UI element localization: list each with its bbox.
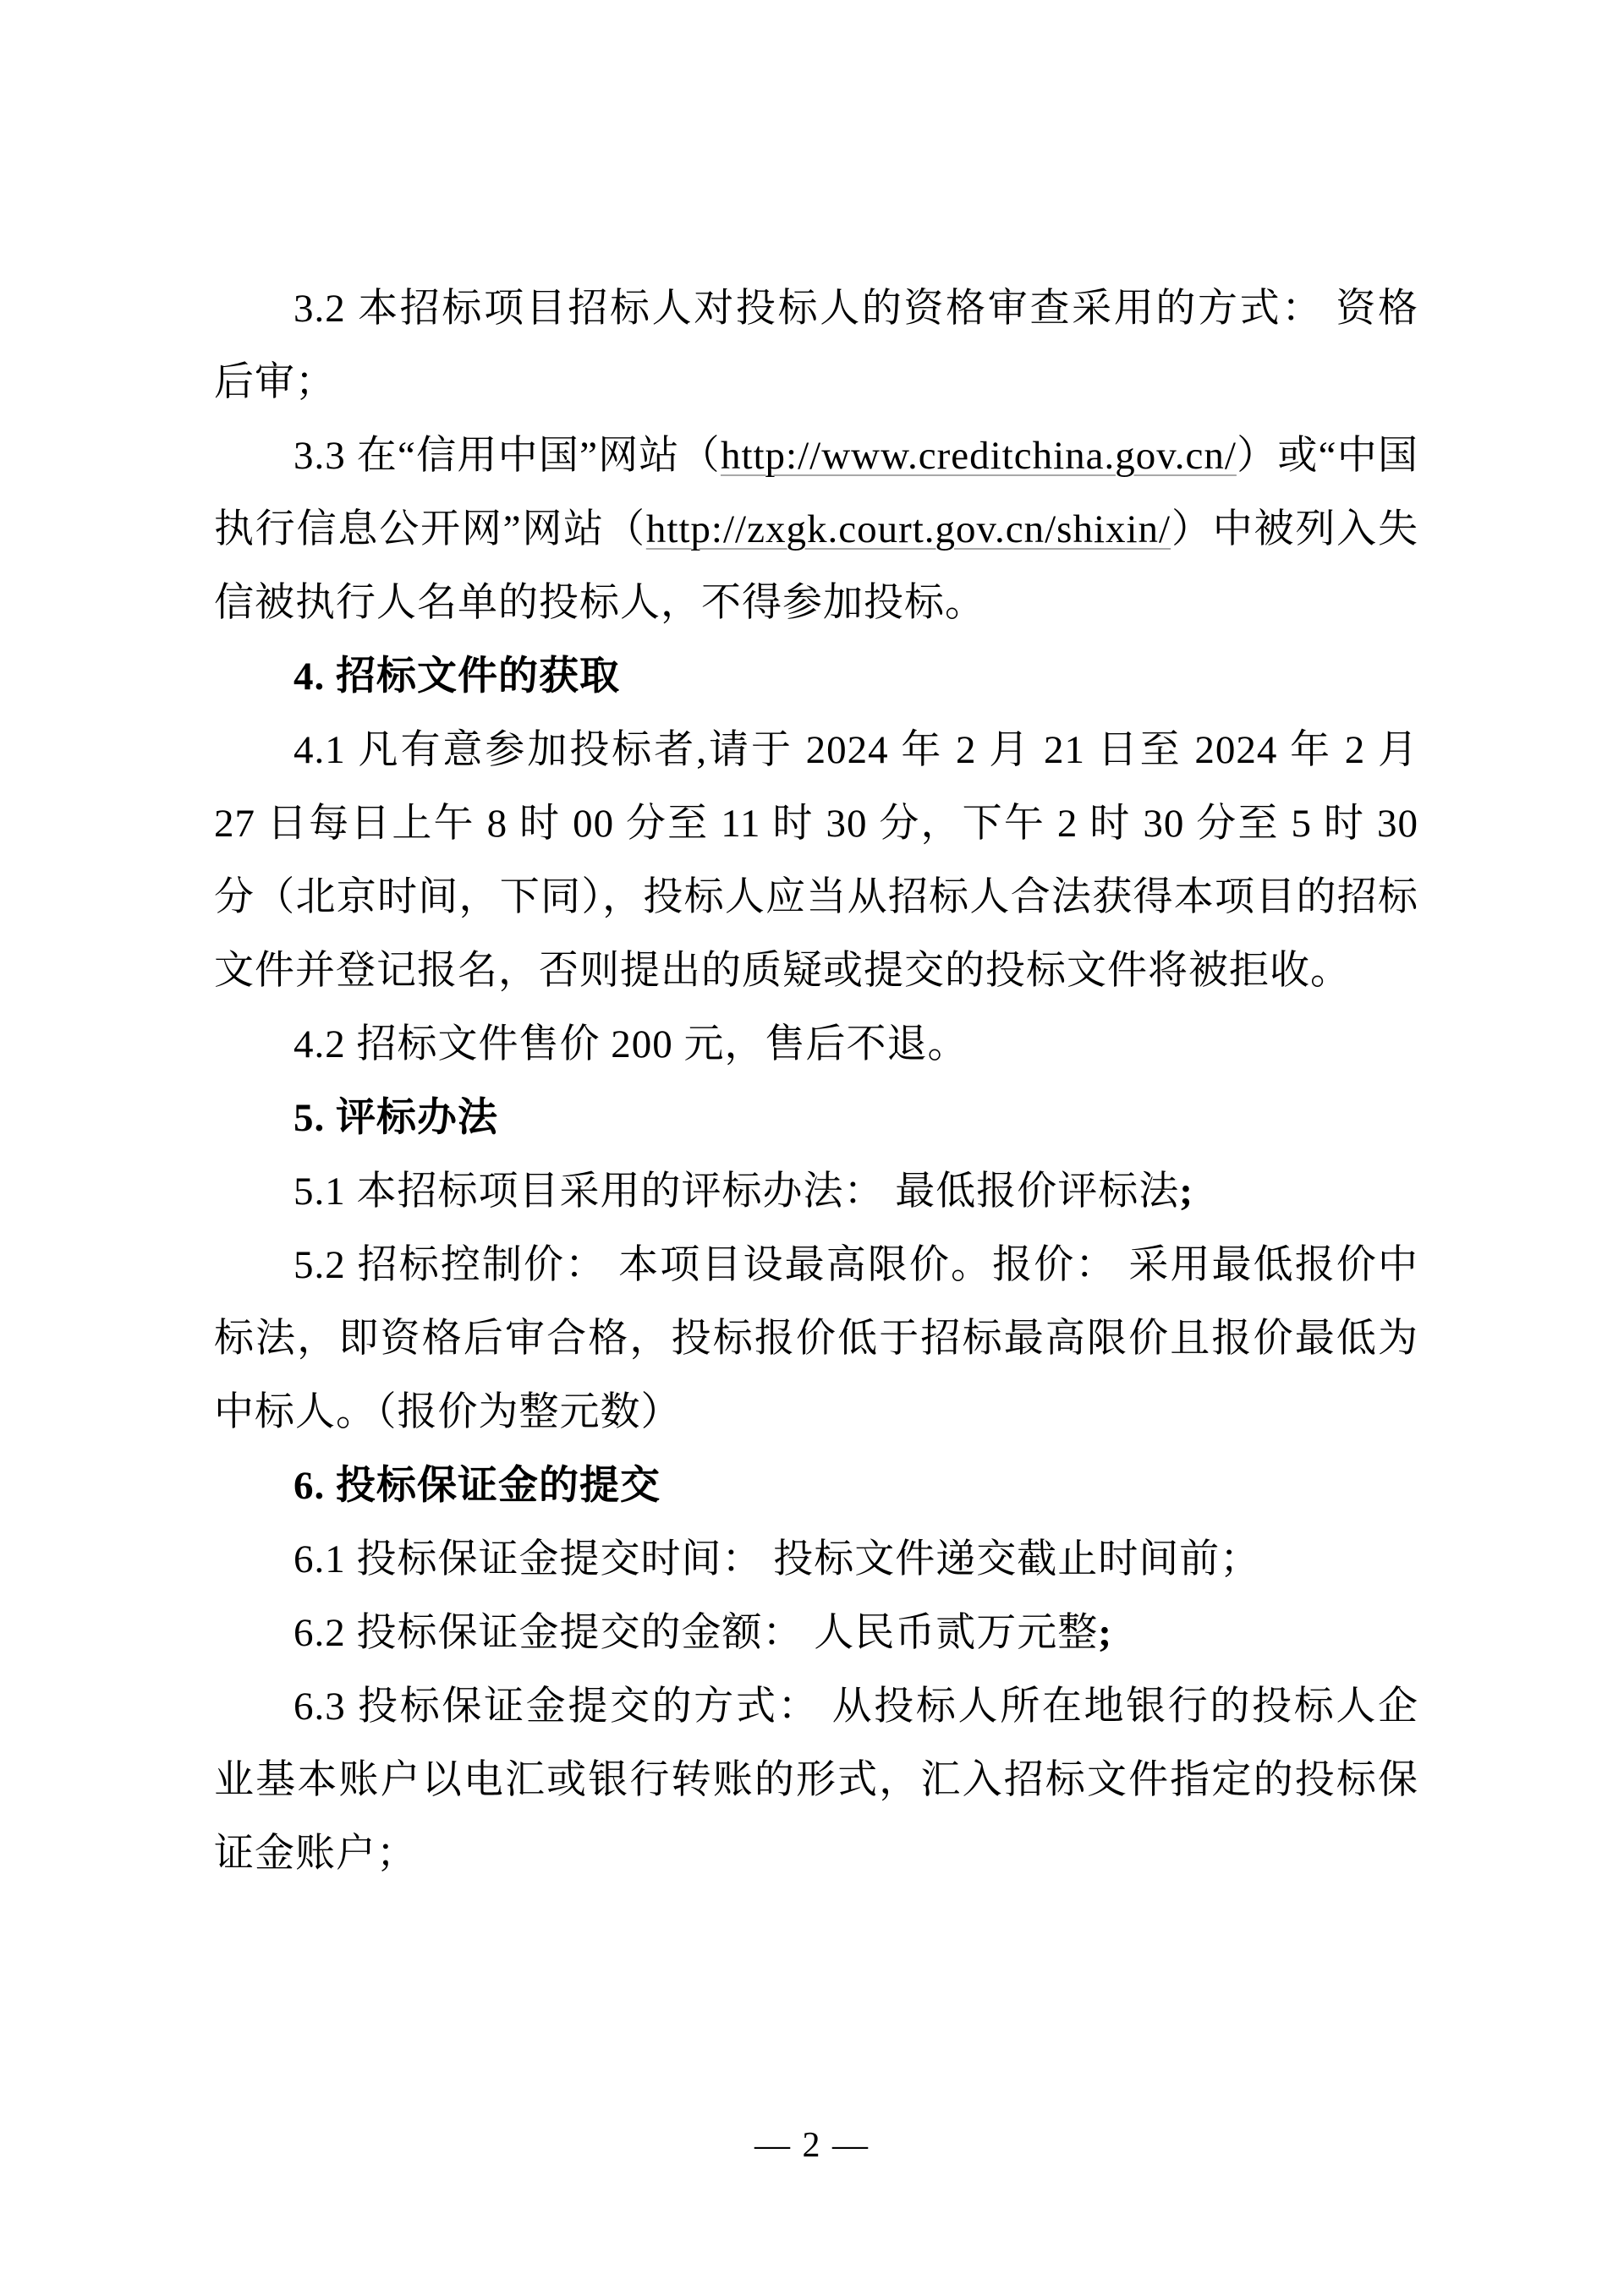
page-footer: — 2 —	[0, 2124, 1624, 2167]
paragraph-6-3: 6.3 投标保证金提交的方式： 从投标人所在地银行的投标人企业基本账户以电汇或银…	[214, 1670, 1418, 1891]
paragraph-6-1: 6.1 投标保证金提交时间： 投标文件递交截止时间前；	[214, 1523, 1418, 1597]
heading-6: 6. 投标保证金的提交	[214, 1449, 1418, 1523]
text-run: 3.2 本招标项目招标人对投标人的资格审查采用的方式： 资格后审；	[214, 287, 1418, 404]
paragraph-4-2: 4.2 招标文件售价 200 元，售后不退。	[214, 1008, 1418, 1082]
bold-text-run: ;	[1098, 1611, 1112, 1655]
text-run: 4.1 凡有意参加投标者,请于 2024 年 2 月 21 日至 2024 年 …	[214, 728, 1418, 993]
hyperlink[interactable]: http://zxgk.court.gov.cn/shixin/	[646, 507, 1171, 551]
paragraph-6-2: 6.2 投标保证金提交的金额： 人民币贰万元整;	[214, 1597, 1418, 1670]
text-run: 6.3 投标保证金提交的方式： 从投标人所在地银行的投标人企业基本账户以电汇或银…	[214, 1685, 1418, 1876]
text-run: 3.3 在“信用中国”网站（	[294, 434, 721, 478]
text-run: 5.2 招标控制价： 本项目设最高限价。报价： 采用最低报价中标法，即资格后审合…	[214, 1243, 1418, 1434]
paragraph-3-2: 3.2 本招标项目招标人对投标人的资格审查采用的方式： 资格后审；	[214, 272, 1418, 419]
page-number: — 2 —	[754, 2126, 870, 2165]
text-run: 4. 招标文件的获取	[294, 655, 620, 699]
heading-4: 4. 招标文件的获取	[214, 640, 1418, 714]
document-body: 3.2 本招标项目招标人对投标人的资格审查采用的方式： 资格后审；3.3 在“信…	[214, 272, 1418, 1891]
hyperlink[interactable]: http://www.creditchina.gov.cn/	[721, 434, 1237, 478]
text-run: 6. 投标保证金的提交	[294, 1464, 661, 1508]
text-run: 4.2 招标文件售价 200 元，售后不退。	[294, 1022, 968, 1066]
text-run: 6.2 投标保证金提交的金额： 人民币贰万元整	[294, 1611, 1098, 1655]
text-run: 6.1 投标保证金提交时间： 投标文件递交截止时间前；	[294, 1537, 1260, 1581]
document-page: 3.2 本招标项目招标人对投标人的资格审查采用的方式： 资格后审；3.3 在“信…	[0, 0, 1624, 2296]
bold-text-run: ;	[1179, 1170, 1193, 1214]
paragraph-4-1: 4.1 凡有意参加投标者,请于 2024 年 2 月 21 日至 2024 年 …	[214, 714, 1418, 1008]
heading-5: 5. 评标办法	[214, 1082, 1418, 1155]
paragraph-3-3: 3.3 在“信用中国”网站（http://www.creditchina.gov…	[214, 419, 1418, 640]
paragraph-5-1: 5.1 本招标项目采用的评标办法： 最低报价评标法;	[214, 1155, 1418, 1229]
text-run: 5. 评标办法	[294, 1096, 498, 1140]
text-run: 5.1 本招标项目采用的评标办法： 最低报价评标法	[294, 1170, 1179, 1214]
paragraph-5-2: 5.2 招标控制价： 本项目设最高限价。报价： 采用最低报价中标法，即资格后审合…	[214, 1229, 1418, 1449]
